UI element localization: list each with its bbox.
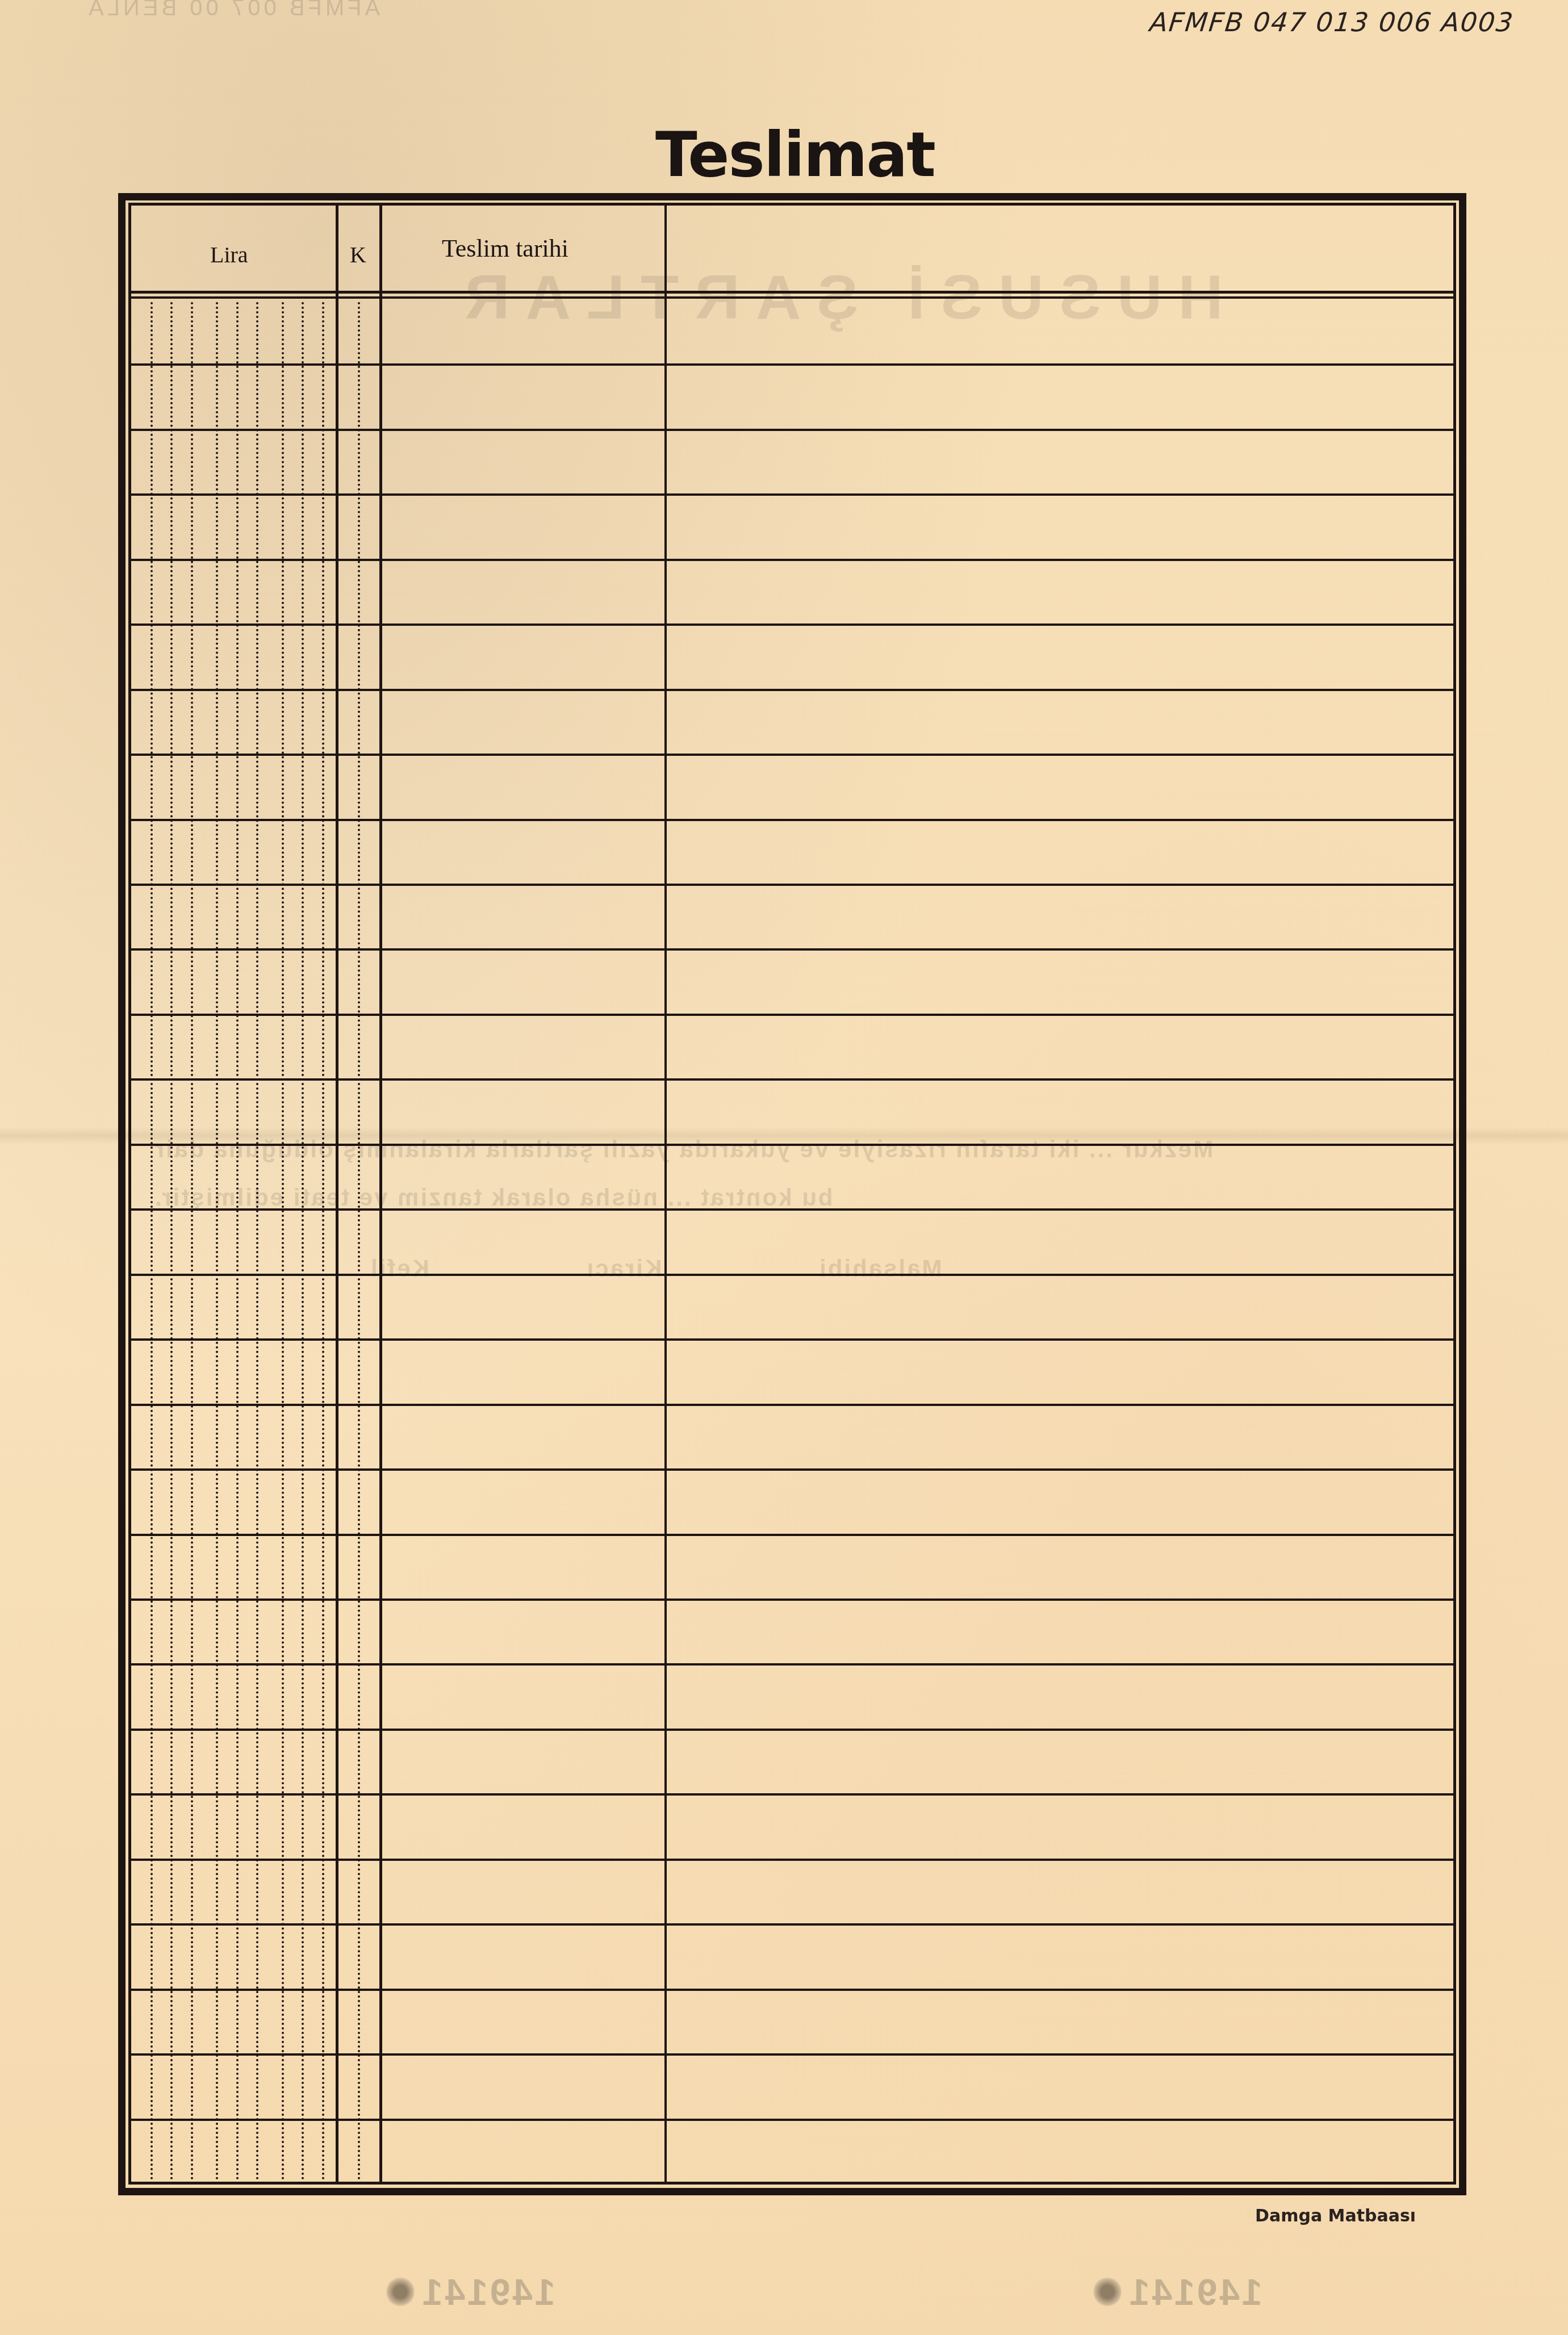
- lira-digit-guide: [150, 302, 153, 2182]
- table-row-divider: [131, 2119, 1453, 2121]
- table-row-divider: [131, 1404, 1453, 1406]
- table-row-divider: [131, 363, 1453, 366]
- table-row-divider: [131, 1208, 1453, 1211]
- lira-digit-guide: [302, 302, 304, 2182]
- lira-digit-guide: [236, 302, 239, 2182]
- lira-digit-guide: [282, 302, 284, 2182]
- table-row-divider: [131, 1598, 1453, 1601]
- column-separator: [664, 204, 667, 2183]
- seal-icon: [386, 2276, 415, 2308]
- table-row-divider: [131, 2053, 1453, 2056]
- table-row-divider: [131, 1468, 1453, 1471]
- table-row-divider: [131, 559, 1453, 561]
- table-row-divider: [131, 1923, 1453, 1926]
- table-row-divider: [131, 819, 1453, 821]
- table-row-divider: [131, 493, 1453, 496]
- table-row-divider: [131, 1793, 1453, 1796]
- table-row-divider: [131, 1078, 1453, 1081]
- table-row-divider: [131, 948, 1453, 951]
- archive-code: AFMFB 047 013 006 A003: [1148, 7, 1515, 37]
- header-divider: [131, 296, 1453, 299]
- table-row-divider: [131, 1859, 1453, 1861]
- serial-number-right: 149141: [1127, 2271, 1262, 2313]
- column-header-k: K: [350, 241, 366, 268]
- lira-digit-guide: [191, 302, 193, 2182]
- table-row-divider: [131, 754, 1453, 756]
- table-row-divider: [131, 1144, 1453, 1146]
- table-row-divider: [131, 1663, 1453, 1666]
- lira-digit-guide: [216, 302, 218, 2182]
- kurus-digit-guide: [358, 302, 360, 2182]
- table-row-divider: [131, 429, 1453, 431]
- page-title: Teslimat: [625, 125, 965, 186]
- table-row-divider: [131, 689, 1453, 691]
- column-header-teslim-tarihi: Teslim tarihi: [442, 234, 568, 263]
- lira-digit-guide: [170, 302, 173, 2182]
- lira-digit-guide: [256, 302, 258, 2182]
- table-row-divider: [131, 884, 1453, 886]
- table-inner-border: [128, 203, 1456, 2185]
- table-row-divider: [131, 1534, 1453, 1536]
- seal-icon: [1093, 2276, 1122, 2308]
- lira-digit-guide: [322, 302, 324, 2182]
- table-row-divider: [131, 1729, 1453, 1731]
- serial-number-left: 149141: [420, 2271, 555, 2313]
- table-row-divider: [131, 1014, 1453, 1016]
- faint-header-bleed: AFMFB 007 00 BENLA: [85, 0, 380, 21]
- table-row-divider: [131, 1338, 1453, 1341]
- column-header-lira: Lira: [210, 241, 248, 268]
- printer-imprint: Damga Matbaası: [1255, 2206, 1416, 2226]
- column-separator: [379, 204, 382, 2183]
- column-separator: [336, 204, 338, 2183]
- header-divider: [131, 291, 1453, 294]
- table-row-divider: [131, 1274, 1453, 1276]
- table-row-divider: [131, 623, 1453, 626]
- table-row-divider: [131, 1989, 1453, 1991]
